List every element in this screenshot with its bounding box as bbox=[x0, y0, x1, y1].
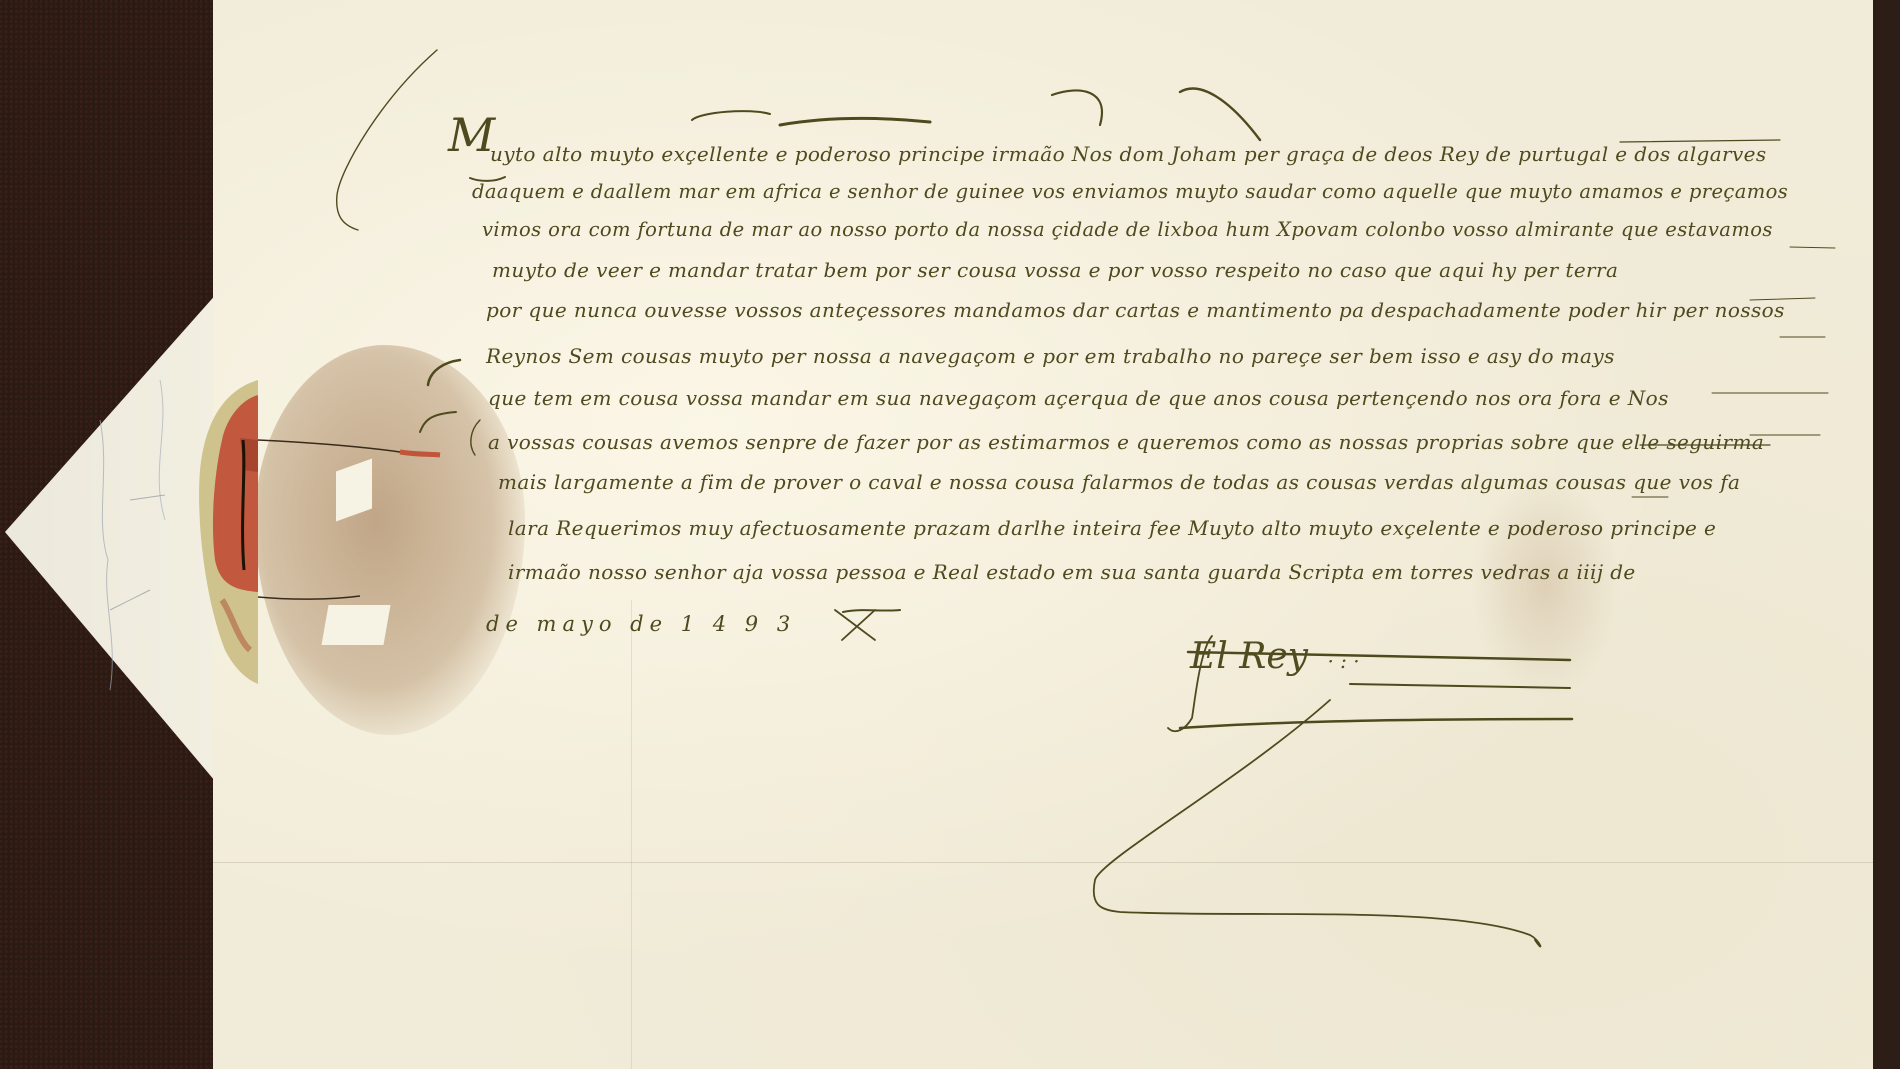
document-photo: M uyto alto muyto exçellente e poderoso … bbox=[0, 0, 1900, 1069]
text-line: Reynos Sem cousas muyto per nossa a nave… bbox=[486, 344, 1615, 368]
fold-crease-vertical bbox=[631, 600, 632, 1069]
signature-dots: · : · bbox=[1327, 649, 1359, 673]
text-line: irmaão nosso senhor aja vossa pessoa e R… bbox=[508, 560, 1636, 584]
text-line: mais largamente a fim de prover o caval … bbox=[498, 470, 1740, 494]
initial-letter: M bbox=[448, 108, 495, 162]
text-line: lara Requerimos muy afectuosamente praza… bbox=[508, 516, 1716, 540]
water-stain-right bbox=[1470, 470, 1620, 700]
text-line: daaquem e daallem mar em africa e senhor… bbox=[472, 180, 1788, 203]
text-line: uyto alto muyto exçellente e poderoso pr… bbox=[490, 142, 1767, 166]
text-line: por que nunca ouvesse vossos anteçessore… bbox=[486, 298, 1785, 322]
background-edge bbox=[1873, 0, 1900, 1069]
date-line: de mayo de 1 4 9 3 bbox=[486, 612, 796, 636]
fold-crease bbox=[213, 862, 1873, 863]
text-line: que tem em cousa vossa mandar em sua nav… bbox=[488, 386, 1669, 410]
text-line: a vossas cousas avemos senpre de fazer p… bbox=[488, 430, 1764, 454]
paper-patch bbox=[321, 605, 390, 645]
text-line: vimos ora com fortuna de mar ao nosso po… bbox=[482, 218, 1773, 241]
text-line: muyto de veer e mandar tratar bem por se… bbox=[492, 258, 1618, 282]
royal-signature: El Rey · : · bbox=[1190, 636, 1360, 677]
signature-text: El Rey bbox=[1190, 636, 1308, 677]
